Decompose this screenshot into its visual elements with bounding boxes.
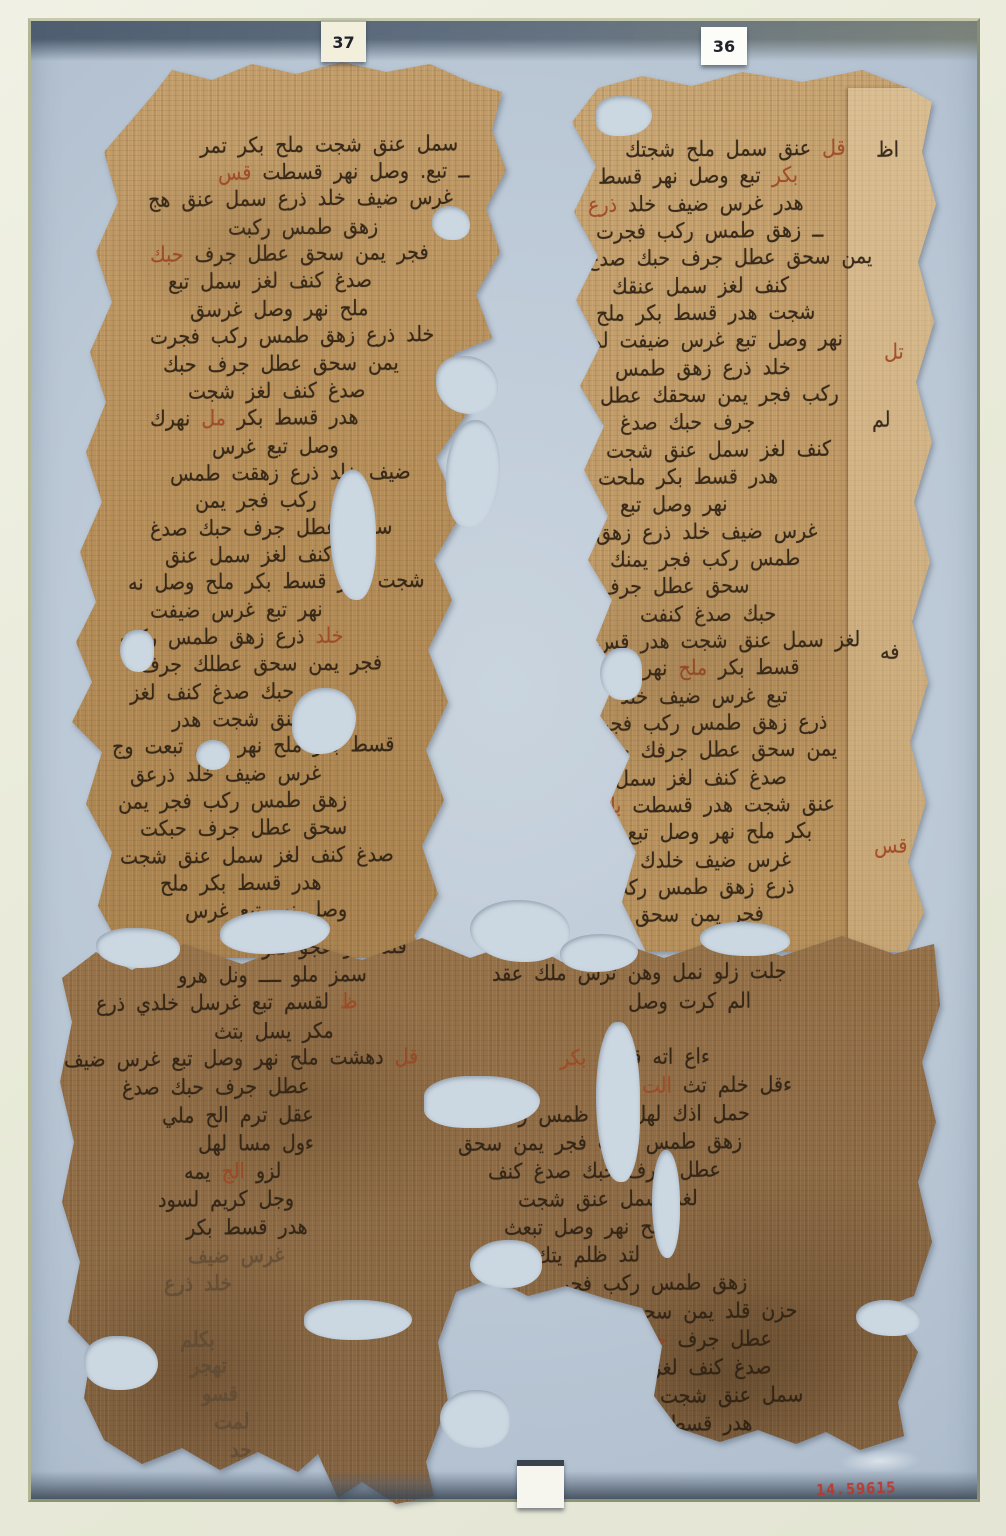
black-ink-segment: لقسم تبع غرسل خلدي ذرع	[96, 989, 340, 1016]
red-ink-segment: بكر	[560, 1046, 586, 1071]
black-ink-segment: هدر قسط بكر	[186, 1215, 308, 1241]
script-line: زهق طمس ركب فجر	[560, 1272, 747, 1295]
black-ink-segment: لمت	[214, 1409, 250, 1434]
script-line: قسو	[202, 1384, 238, 1406]
script-line: عقل ترم الح ملي	[162, 1105, 314, 1128]
script-line: عطل جرف حب	[636, 1329, 772, 1352]
papyrus-loss	[432, 206, 470, 240]
script-line: خلد ذرع	[164, 1273, 232, 1295]
script-line: مكر يسل بتث	[214, 1021, 334, 1043]
black-ink-segment: زهق طمس ركب فجر	[560, 1270, 747, 1296]
script-line: جلت زلو نمل وهن ترس ملك عقد	[492, 961, 787, 985]
papyrus-lower-section: قلد تمر عجو كلر تبعسمز ملو ــــ ونل هروج…	[0, 0, 1006, 1536]
red-ink-segment: الت	[642, 1073, 672, 1098]
script-line: سمل عنق شجت	[660, 1385, 803, 1408]
black-ink-segment: دهشت ملح نهر وصل تبع غرس ضيف	[64, 1045, 395, 1073]
script-line: تهجر	[190, 1356, 227, 1378]
black-ink-segment: ءقل خلم تث	[672, 1072, 792, 1098]
black-ink-segment: خلد ذرع	[164, 1271, 232, 1296]
red-ink-segment: قل	[395, 1044, 419, 1069]
script-line: عطل جرف حبك صدغ	[122, 1076, 309, 1099]
black-ink-segment: بكلم	[180, 1327, 215, 1352]
papyrus-loss	[120, 630, 154, 672]
black-ink-segment: عطل جرف حبك صدغ	[122, 1074, 309, 1100]
black-ink-segment: غرس ضيف	[188, 1243, 284, 1269]
papyrus-loss	[196, 740, 230, 770]
black-ink-segment: ءول مسا لهل	[198, 1131, 314, 1157]
papyrus-loss	[596, 1022, 640, 1182]
black-ink-segment: مكر يسل بتث	[214, 1019, 334, 1045]
papyrus-loss	[84, 1336, 158, 1390]
script-line: صدغ كنف لغز	[652, 1357, 772, 1379]
framed-papyrus-photograph: سمل عنق شجت ملح بكر تمرــ تبع. وصل نهر ق…	[0, 0, 1006, 1536]
script-line: بكر ملح	[690, 1441, 756, 1463]
script-line: لزو الج يمه	[184, 1161, 282, 1183]
script-line: حزن قلد يمن سحق	[628, 1300, 798, 1323]
papyrus-loss	[470, 1240, 542, 1288]
red-ink-segment: الج	[221, 1159, 245, 1184]
black-ink-segment: حزن قلد يمن سحق	[628, 1298, 798, 1324]
blank-bottom-tab	[517, 1460, 564, 1508]
script-line: قل دهشت ملح نهر وصل تبع غرس ضيف	[64, 1047, 418, 1072]
papyrus-fragment-shadow-lower: قلد تمر عجو كلر تبعسمز ملو ــــ ونل هروج…	[0, 0, 1006, 1536]
papyrus-loss	[652, 1150, 680, 1258]
script-line: ظ لقسم تبع غرسل خلدي ذرع	[96, 991, 358, 1015]
papyrus-loss	[330, 470, 376, 600]
script-line: ملح نهر وصل تبعث	[504, 1216, 669, 1239]
black-ink-segment: يمه	[184, 1159, 222, 1184]
black-ink-segment: جلت زلو نمل وهن ترس ملك عقد	[492, 959, 787, 987]
panel-label-tab-36: 36	[701, 27, 747, 65]
script-line: جد	[230, 1440, 252, 1461]
glass-reflection	[826, 1446, 935, 1476]
script-line: هدر قسط بكر	[186, 1217, 308, 1239]
script-line: وجل كريم لسود	[158, 1189, 294, 1212]
script-line: هدر قسط	[668, 1413, 752, 1435]
black-ink-segment: الم كرت وصل	[628, 989, 751, 1015]
papyrus-loss	[600, 648, 642, 700]
script-line: الم كرت وصل	[628, 991, 751, 1013]
black-ink-segment: وجل كريم لسود	[158, 1186, 294, 1212]
red-ink-segment: حب	[636, 1327, 667, 1352]
script-lines-layer: قلد تمر عجو كلر تبعسمز ملو ــــ ونل هروج…	[0, 0, 1006, 1536]
script-line: غرس ضيف	[188, 1245, 284, 1267]
panel-label-36: 36	[713, 37, 735, 56]
papyrus-loss	[856, 1300, 920, 1336]
black-ink-segment: ملح نهر وصل تبعث	[504, 1214, 669, 1240]
black-ink-segment: قسو	[202, 1381, 238, 1406]
red-ink-segment: ظ	[340, 989, 358, 1014]
script-line: بكلم	[180, 1330, 215, 1352]
black-ink-segment: سمز ملو ــــ ونل هرو	[178, 962, 367, 988]
script-line: سمز ملو ــــ ونل هرو	[178, 964, 367, 987]
black-ink-segment: عطل جرف	[666, 1326, 772, 1352]
black-ink-segment: صدغ كنف لغز	[652, 1355, 772, 1381]
black-ink-segment: جد	[230, 1438, 252, 1463]
black-ink-segment: عقل ترم الح ملي	[162, 1102, 314, 1128]
script-line: ءول مسا لهل	[198, 1133, 314, 1155]
black-ink-segment: بكر ملح	[690, 1439, 756, 1464]
script-line: ءقل خلم تث الت	[642, 1075, 792, 1098]
panel-label-37: 37	[332, 33, 354, 52]
script-line: لمت	[214, 1412, 250, 1434]
black-ink-segment: لزو	[245, 1159, 282, 1184]
black-ink-segment: تهجر	[190, 1353, 227, 1378]
black-ink-segment: هدر قسط	[668, 1411, 752, 1436]
black-ink-segment: سمل عنق شجت	[660, 1382, 803, 1408]
papyrus-loss	[440, 1390, 510, 1448]
papyrus-loss	[700, 922, 790, 956]
panel-label-tab-37: 37	[321, 20, 366, 62]
